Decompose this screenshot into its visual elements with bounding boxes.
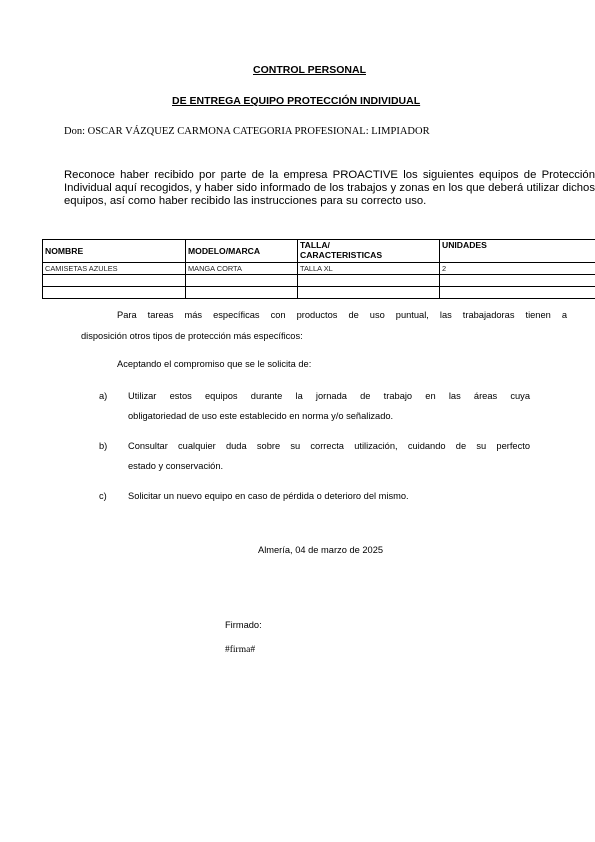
document-title: CONTROL PERSONAL [253, 64, 366, 76]
cell-modelo [186, 275, 298, 287]
signature-placeholder: #firma# [225, 645, 255, 655]
place-date: Almería, 04 de marzo de 2025 [258, 545, 383, 555]
header-modelo-marca: MODELO/MARCA [186, 240, 298, 263]
specific-tasks-line1: Para tareas más específicas con producto… [117, 310, 567, 320]
intro-paragraph: Reconoce haber recibido por parte de la … [64, 169, 595, 209]
document-subtitle: DE ENTREGA EQUIPO PROTECCIÓN INDIVIDUAL [172, 95, 420, 107]
cell-nombre [43, 287, 186, 299]
commitment-intro: Aceptando el compromiso que se le solici… [117, 359, 311, 369]
commitment-a-line2: obligatoriedad de uso este establecido e… [128, 406, 393, 426]
commitment-c-letter: c) [99, 491, 107, 501]
header-nombre: NOMBRE [43, 240, 186, 263]
cell-unidades [440, 275, 595, 287]
cell-nombre: CAMISETAS AZULES [43, 263, 186, 275]
commitment-b-line1: Consultar cualquier duda sobre su correc… [128, 436, 530, 456]
commitment-b-line2: estado y conservación. [128, 456, 223, 476]
cell-nombre [43, 275, 186, 287]
cell-modelo [186, 287, 298, 299]
commitment-b-letter: b) [99, 441, 107, 451]
cell-talla: TALLA XL [298, 263, 440, 275]
commitment-a-letter: a) [99, 391, 107, 401]
table-header-row: NOMBRE MODELO/MARCA TALLA/ CARACTERISTIC… [43, 240, 595, 263]
specific-tasks-line2: disposición otros tipos de protección má… [81, 331, 303, 341]
cell-talla [298, 275, 440, 287]
header-unidades: UNIDADES [440, 240, 595, 263]
cell-modelo: MANGA CORTA [186, 263, 298, 275]
commitment-a-line1: Utilizar estos equipos durante la jornad… [128, 386, 530, 406]
employee-line: Don: OSCAR VÁZQUEZ CARMONA CATEGORIA PRO… [64, 126, 430, 137]
signed-label: Firmado: [225, 620, 262, 630]
cell-unidades [440, 287, 595, 299]
cell-unidades: 2 [440, 263, 595, 275]
table-row [43, 287, 595, 299]
header-talla-caracteristicas: TALLA/ CARACTERISTICAS [298, 240, 440, 263]
table-row [43, 275, 595, 287]
cell-talla [298, 287, 440, 299]
equipment-table: NOMBRE MODELO/MARCA TALLA/ CARACTERISTIC… [42, 239, 595, 299]
commitment-c-line1: Solicitar un nuevo equipo en caso de pér… [128, 486, 409, 506]
table-row: CAMISETAS AZULES MANGA CORTA TALLA XL 2 [43, 263, 595, 275]
